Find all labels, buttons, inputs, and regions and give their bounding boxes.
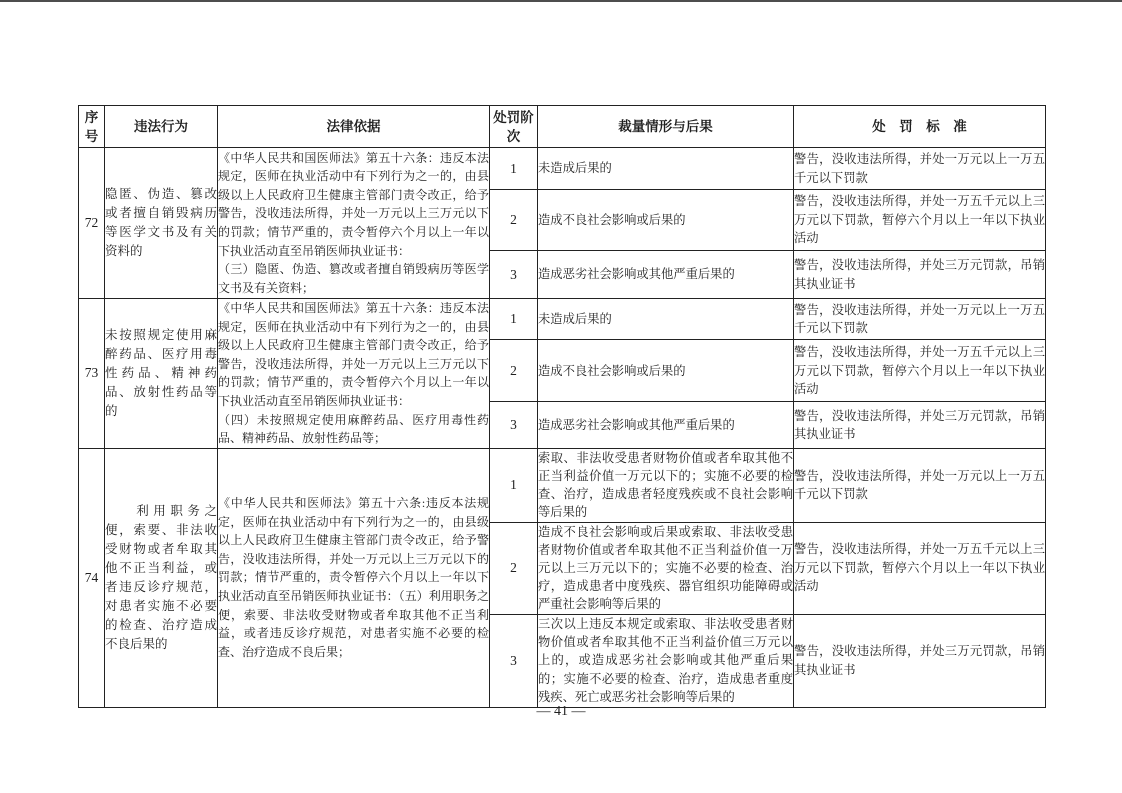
- row-73-circumstance-2: 造成不良社会影响或后果的: [538, 340, 794, 402]
- row-73-standard-2: 警告，没收违法所得，并处一万五千元以上三万元以下罚款，暂停六个月以上一年以下执业…: [794, 340, 1046, 402]
- row-74-standard-2: 警告，没收违法所得，并处一万五千元以上三万元以下罚款，暂停六个月以上一年以下执业…: [794, 522, 1046, 614]
- row-72-no: 72: [79, 148, 105, 299]
- row-74-legal-basis-p1: 《中华人民共和医师法》第五十六条:违反本法规定，医师在执业活动中有下列行为之一的…: [218, 494, 489, 661]
- row-72-standard-3: 警告，没收违法所得，并处三万元罚款，吊销其执业证书: [794, 251, 1046, 299]
- row-74-circumstance-1: 索取、非法收受患者财物价值或者牟取其他不正当利益价值一万元以下的；实施不必要的检…: [538, 448, 794, 522]
- header-no: 序号: [79, 106, 105, 148]
- table-row: 72 隐匿、伪造、篡改或者擅自销毁病历等医学文书及有关资料的 《中华人民共和国医…: [79, 148, 1046, 190]
- row-73-legal-basis: 《中华人民共和国医师法》第五十六条：违反本法规定，医师在执业活动中有下列行为之一…: [218, 299, 490, 449]
- row-74-circumstance-2: 造成不良社会影响或后果或索取、非法收受患者财物价值或者牟取其他不正当利益价值一万…: [538, 522, 794, 614]
- row-74-standard-3: 警告，没收违法所得，并处三万元罚款，吊销其执业证书: [794, 614, 1046, 707]
- row-74-level-1: 1: [490, 448, 538, 522]
- header-circumstance: 裁量情形与后果: [538, 106, 794, 148]
- row-72-violation-text: 隐匿、伪造、篡改或者擅自销毁病历等医学文书及有关资料的: [105, 185, 217, 261]
- row-73-legal-basis-p2: （四）未按照规定使用麻醉药品、医疗用毒性药品、精神药品、放射性药品等；: [218, 411, 489, 448]
- header-legal-basis: 法律依据: [218, 106, 490, 148]
- row-73-violation: 未按照规定使用麻醉药品、医疗用毒性药品、精神药品、放射性药品等的: [105, 299, 218, 449]
- row-72-level-3: 3: [490, 251, 538, 299]
- header-standard: 处 罚 标 准: [794, 106, 1046, 148]
- row-73-no: 73: [79, 299, 105, 449]
- table-header-row: 序号 违法行为 法律依据 处罚阶次 裁量情形与后果 处 罚 标 准: [79, 106, 1046, 148]
- page-top-edge-line: [0, 0, 1122, 2]
- row-73-circumstance-1: 未造成后果的: [538, 299, 794, 340]
- row-73-standard-3: 警告，没收违法所得，并处三万元罚款，吊销其执业证书: [794, 402, 1046, 449]
- row-72-level-1: 1: [490, 148, 538, 190]
- header-penalty-level: 处罚阶次: [490, 106, 538, 148]
- row-72-circumstance-2: 造成不良社会影响或后果的: [538, 190, 794, 251]
- row-73-level-3: 3: [490, 402, 538, 449]
- row-74-circumstance-3: 三次以上违反本规定或索取、非法收受患者财物价值或者牟取其他不正当利益价值三万元以…: [538, 614, 794, 707]
- table-row: 73 未按照规定使用麻醉药品、医疗用毒性药品、精神药品、放射性药品等的 《中华人…: [79, 299, 1046, 340]
- row-73-standard-1: 警告，没收违法所得，并处一万元以上一万五千元以下罚款: [794, 299, 1046, 340]
- row-74-violation-text: 利用职务之便，索要、非法收受财物或者牟取其他不正当利益，或者违反诊疗规范，对患者…: [105, 502, 217, 654]
- row-72-standard-2: 警告，没收违法所得，并处一万五千元以上三万元以下罚款，暂停六个月以上一年以下执业…: [794, 190, 1046, 251]
- row-74-level-3: 3: [490, 614, 538, 707]
- row-72-legal-basis: 《中华人民共和国医师法》第五十六条：违反本法规定，医师在执业活动中有下列行为之一…: [218, 148, 490, 299]
- page-number: — 41 —: [0, 704, 1122, 720]
- row-73-level-1: 1: [490, 299, 538, 340]
- row-72-circumstance-1: 未造成后果的: [538, 148, 794, 190]
- row-74-violation: 利用职务之便，索要、非法收受财物或者牟取其他不正当利益，或者违反诊疗规范，对患者…: [105, 448, 218, 707]
- penalty-discretion-table: 序号 违法行为 法律依据 处罚阶次 裁量情形与后果 处 罚 标 准 72 隐匿、…: [78, 105, 1046, 708]
- row-72-standard-1: 警告，没收违法所得，并处一万元以上一万五千元以下罚款: [794, 148, 1046, 190]
- row-74-standard-1: 警告，没收违法所得，并处一万元以上一万五千元以下罚款: [794, 448, 1046, 522]
- header-violation: 违法行为: [105, 106, 218, 148]
- row-72-violation: 隐匿、伪造、篡改或者擅自销毁病历等医学文书及有关资料的: [105, 148, 218, 299]
- row-73-circumstance-3: 造成恶劣社会影响或其他严重后果的: [538, 402, 794, 449]
- row-74-legal-basis: 《中华人民共和医师法》第五十六条:违反本法规定，医师在执业活动中有下列行为之一的…: [218, 448, 490, 707]
- row-72-legal-basis-p2: （三）隐匿、伪造、篡改或者擅自销毁病历等医学文书及有关资料；: [218, 260, 489, 297]
- row-73-legal-basis-p1: 《中华人民共和国医师法》第五十六条：违反本法规定，医师在执业活动中有下列行为之一…: [218, 299, 489, 411]
- table-row: 74 利用职务之便，索要、非法收受财物或者牟取其他不正当利益，或者违反诊疗规范，…: [79, 448, 1046, 522]
- row-74-level-2: 2: [490, 522, 538, 614]
- document-page: 序号 违法行为 法律依据 处罚阶次 裁量情形与后果 处 罚 标 准 72 隐匿、…: [0, 0, 1122, 793]
- row-72-level-2: 2: [490, 190, 538, 251]
- row-74-no: 74: [79, 448, 105, 707]
- row-73-violation-text: 未按照规定使用麻醉药品、医疗用毒性药品、精神药品、放射性药品等的: [105, 326, 217, 421]
- row-72-circumstance-3: 造成恶劣社会影响或其他严重后果的: [538, 251, 794, 299]
- row-72-legal-basis-p1: 《中华人民共和国医师法》第五十六条：违反本法规定，医师在执业活动中有下列行为之一…: [218, 149, 489, 261]
- row-73-level-2: 2: [490, 340, 538, 402]
